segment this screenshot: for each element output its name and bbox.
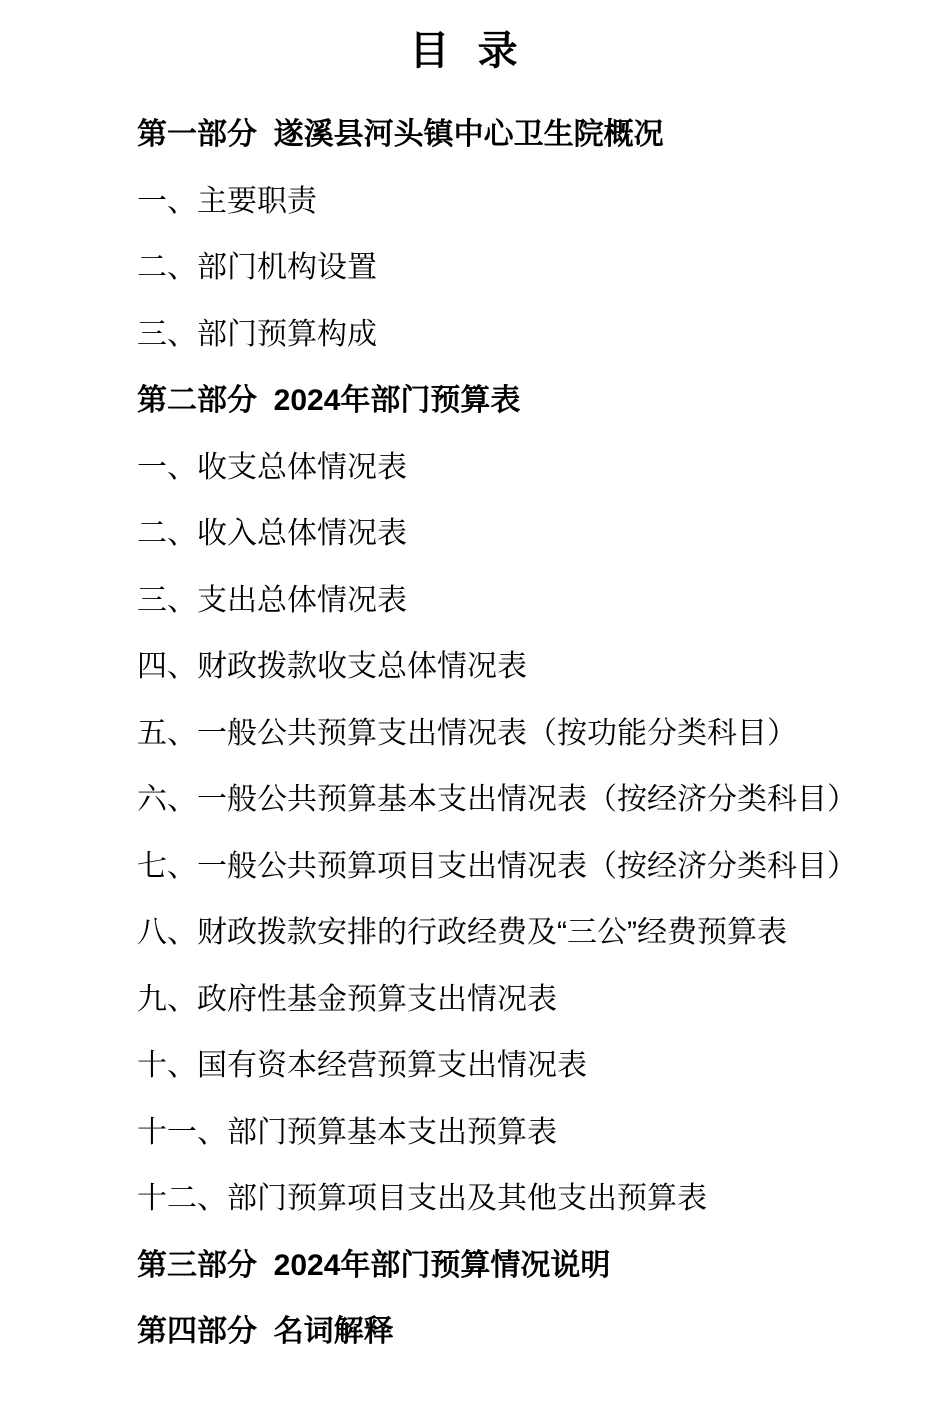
toc-entry: 一、收支总体情况表 — [137, 435, 889, 502]
toc-entry: 六、一般公共预算基本支出情况表（按经济分类科目） — [137, 767, 889, 834]
toc-entry: 十、国有资本经营预算支出情况表 — [137, 1033, 889, 1100]
toc-entry: 三、支出总体情况表 — [137, 568, 889, 635]
toc-section-part1: 第一部分 遂溪县河头镇中心卫生院概况 — [137, 102, 889, 169]
toc-entry: 二、部门机构设置 — [137, 235, 889, 302]
toc-entry: 二、收入总体情况表 — [137, 501, 889, 568]
toc-section-part4: 第四部分 名词解释 — [137, 1299, 889, 1366]
toc-entry: 九、政府性基金预算支出情况表 — [137, 967, 889, 1034]
document-page: 目 录 第一部分 遂溪县河头镇中心卫生院概况 一、主要职责 二、部门机构设置 三… — [0, 0, 929, 1409]
toc-section-part3: 第三部分 2024年部门预算情况说明 — [137, 1233, 889, 1300]
toc-entry: 一、主要职责 — [137, 169, 889, 236]
toc-entry: 五、一般公共预算支出情况表（按功能分类科目） — [137, 701, 889, 768]
toc-entry: 八、财政拨款安排的行政经费及“三公”经费预算表 — [137, 900, 889, 967]
toc-entry: 四、财政拨款收支总体情况表 — [137, 634, 889, 701]
toc-entry: 十一、部门预算基本支出预算表 — [137, 1100, 889, 1167]
toc-list: 第一部分 遂溪县河头镇中心卫生院概况 一、主要职责 二、部门机构设置 三、部门预… — [0, 102, 929, 1366]
toc-entry: 七、一般公共预算项目支出情况表（按经济分类科目） — [137, 834, 889, 901]
toc-entry: 三、部门预算构成 — [137, 302, 889, 369]
toc-entry: 十二、部门预算项目支出及其他支出预算表 — [137, 1166, 889, 1233]
toc-title: 目 录 — [0, 0, 929, 102]
toc-section-part2: 第二部分 2024年部门预算表 — [137, 368, 889, 435]
